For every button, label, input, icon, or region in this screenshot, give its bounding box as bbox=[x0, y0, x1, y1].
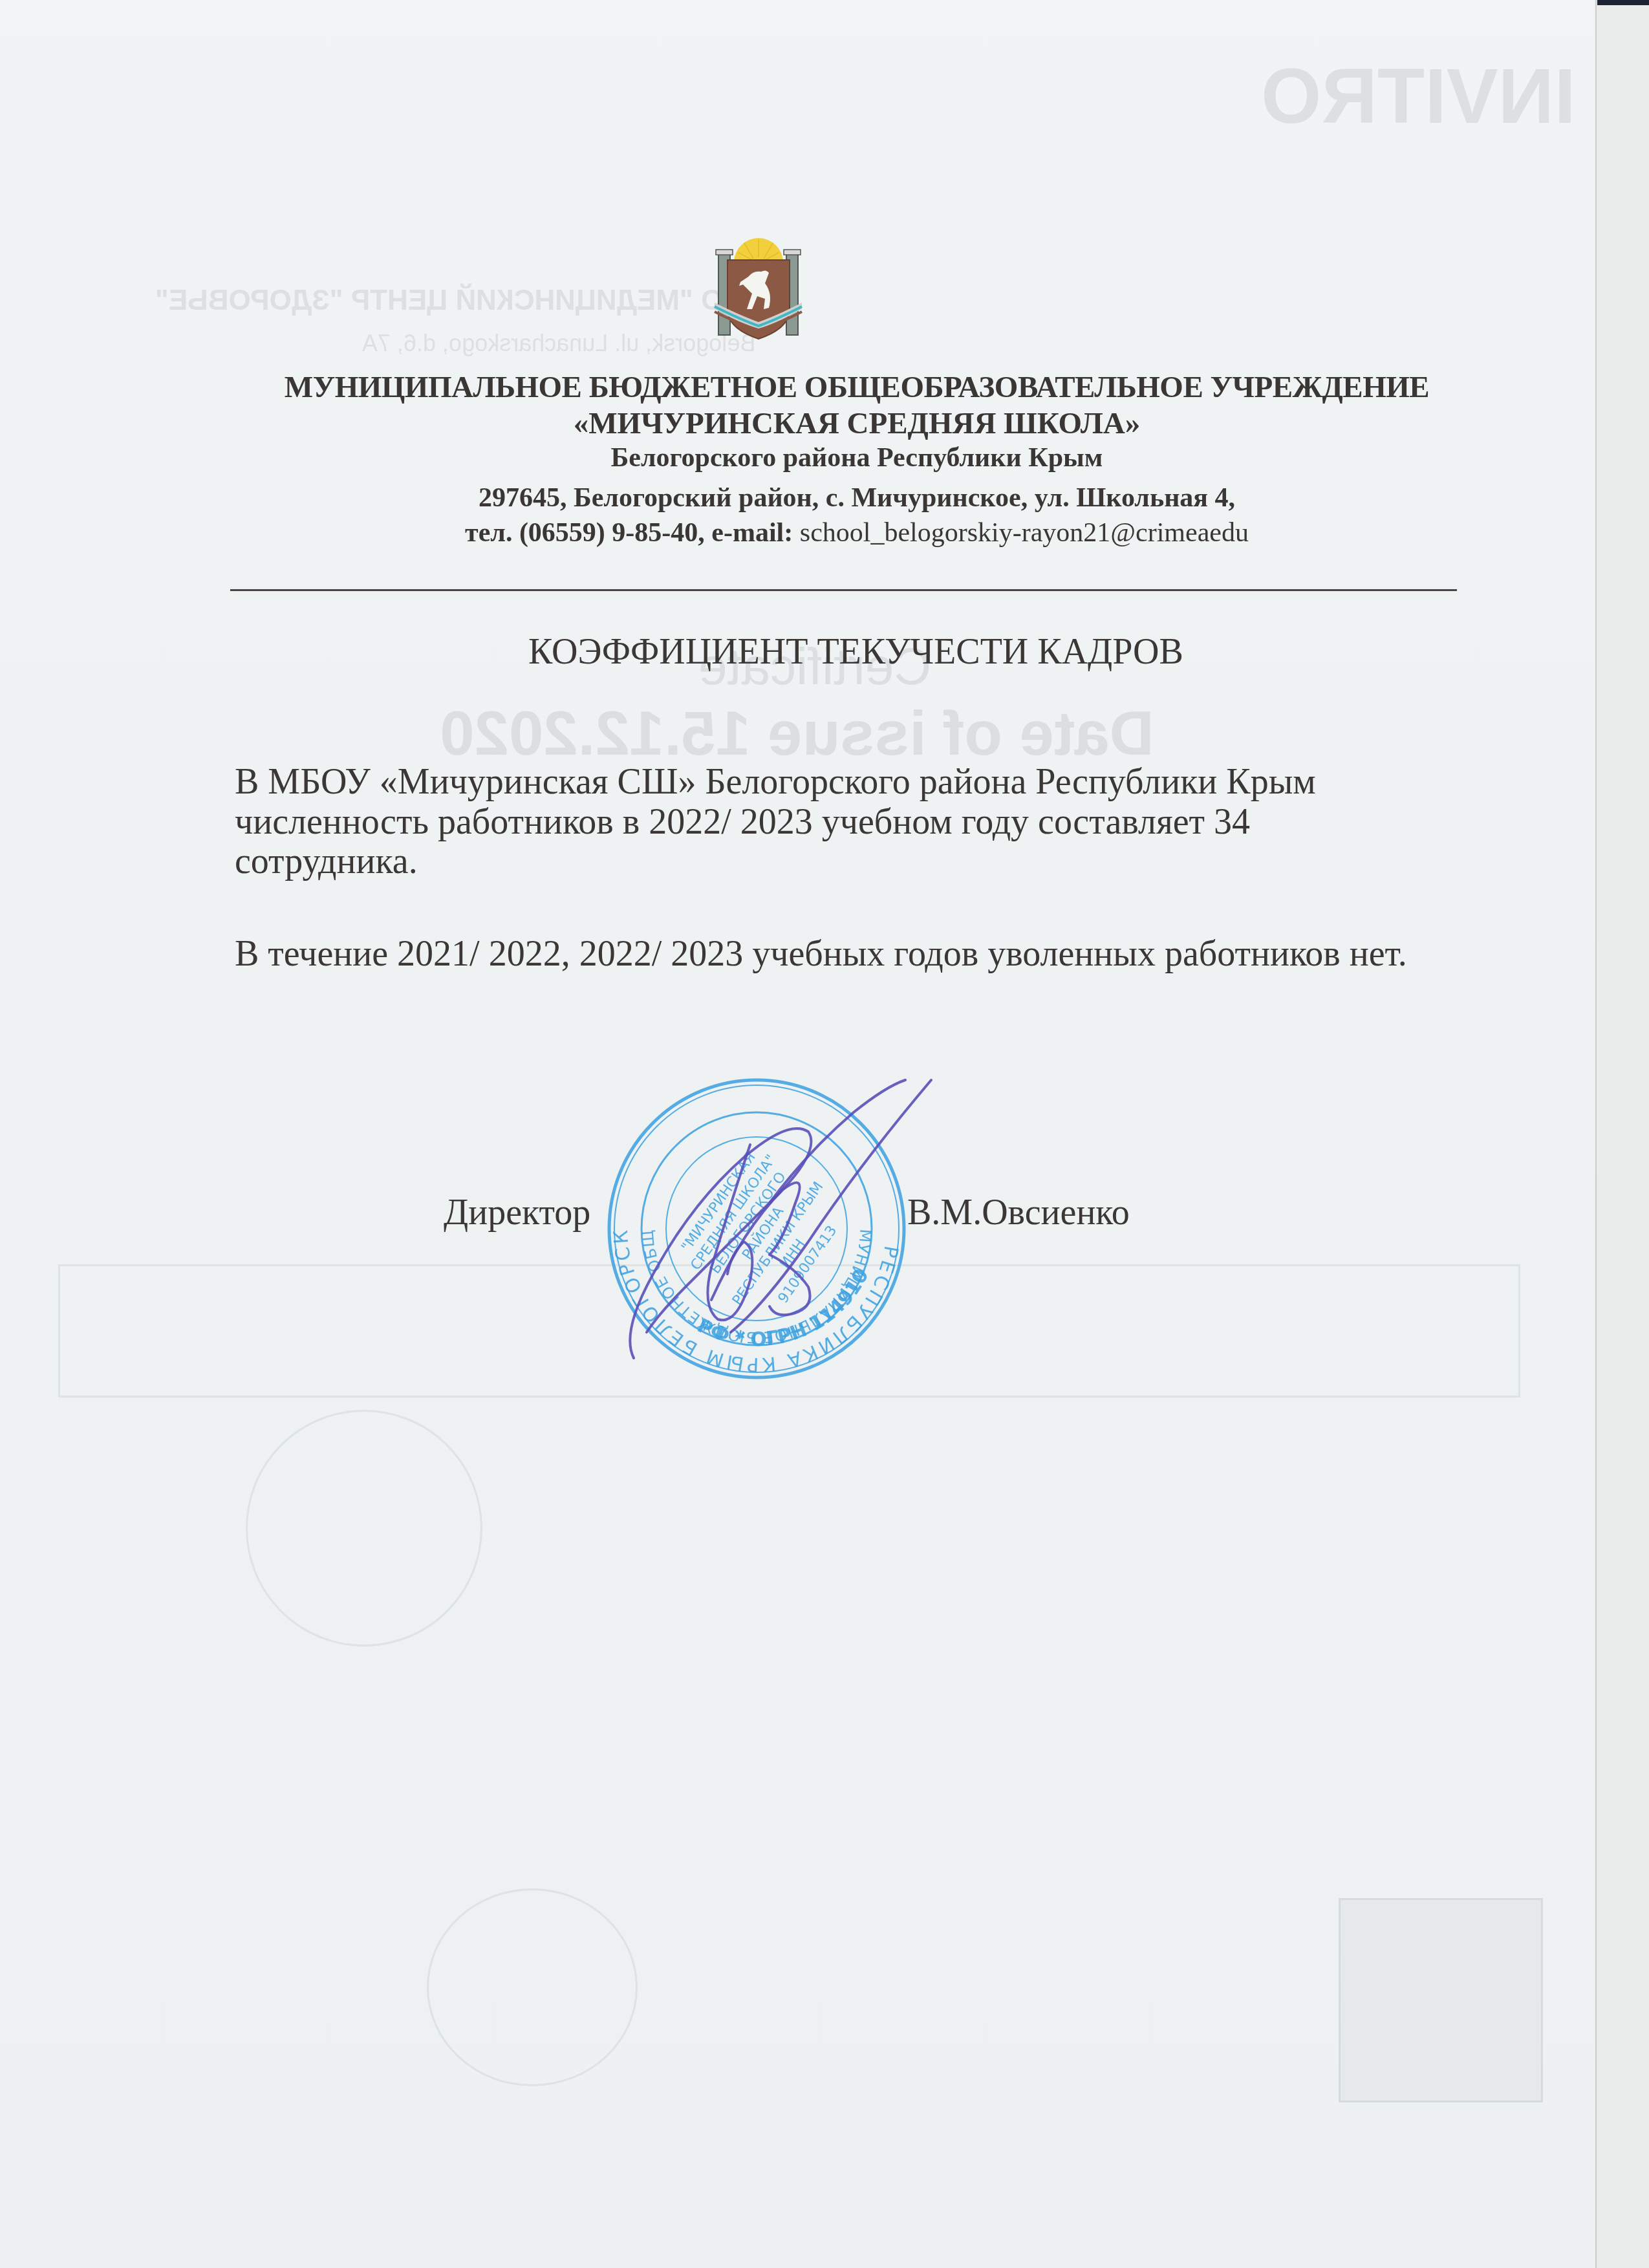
paragraph-2-line-1: В течение 2021/ 2022, 2022/ 2023 учебных… bbox=[235, 933, 1407, 975]
scanner-edge bbox=[1597, 0, 1649, 5]
paragraph-1-line-3: сотрудника. bbox=[235, 841, 418, 882]
show-through-date: Date of issue 15.12.2020 bbox=[440, 698, 1154, 770]
letterhead-phone: тел. (06559) 9-85-40, e-mail: bbox=[465, 518, 800, 548]
letterhead-org-type: МУНИЦИПАЛЬНОЕ БЮДЖЕТНОЕ ОБЩЕОБРАЗОВАТЕЛЬ… bbox=[0, 370, 1649, 405]
letterhead-separator bbox=[230, 589, 1457, 591]
show-through-qr bbox=[1339, 1898, 1543, 2102]
letterhead-address: 297645, Белогорский район, с. Мичуринско… bbox=[0, 482, 1649, 513]
paragraph-1-line-1: В МБОУ «Мичуринская СШ» Белогорского рай… bbox=[235, 761, 1316, 803]
show-through-seal bbox=[246, 1410, 482, 1647]
show-through-line: Belogorsk, ul. Lunacharskogo, d.6, 7A bbox=[362, 330, 755, 357]
show-through-seal-2 bbox=[427, 1888, 638, 2086]
document-page: INVITRO ООО "МЕДИЦИНСКИЙ ЦЕНТР "ЗДОРОВЬЕ… bbox=[0, 0, 1597, 2268]
handwritten-signature-icon bbox=[614, 1061, 951, 1371]
letterhead-email: school_belogorskiy-rayon21@crimeaedu bbox=[800, 518, 1249, 548]
paragraph-1-line-2: численность работников в 2022/ 2023 учеб… bbox=[235, 801, 1250, 843]
show-through-heading: ООО "МЕДИЦИНСКИЙ ЦЕНТР "ЗДОРОВЬЕ" bbox=[155, 285, 768, 317]
letterhead-region: Белогорского района Республики Крым bbox=[0, 442, 1649, 473]
letterhead-contacts: тел. (06559) 9-85-40, e-mail: school_bel… bbox=[0, 517, 1649, 548]
crimea-coat-of-arms-icon bbox=[702, 232, 815, 340]
document-title: КОЭФФИЦИЕНТ ТЕКУЧЕСТИ КАДРОВ bbox=[0, 631, 1649, 673]
letterhead-school-name: «МИЧУРИНСКАЯ СРЕДНЯЯ ШКОЛА» bbox=[0, 406, 1649, 441]
show-through-logo: INVITRO bbox=[1261, 52, 1576, 141]
signatory-role: Директор bbox=[444, 1192, 590, 1233]
